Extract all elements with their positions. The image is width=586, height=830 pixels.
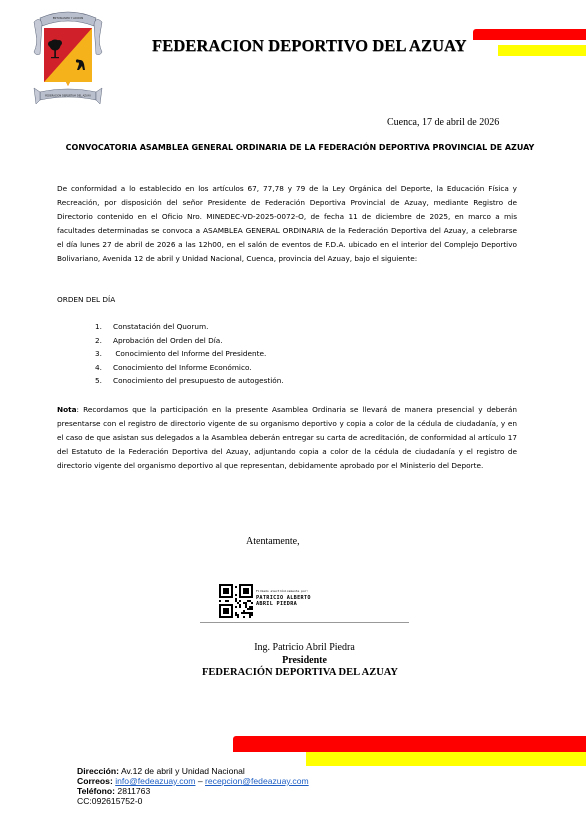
email-recepcion-link[interactable]: recepcion@fedeazuay.com bbox=[205, 776, 309, 786]
agenda-item: 3. Conocimiento del Informe del Presiden… bbox=[95, 347, 284, 361]
emails-label: Correos: bbox=[77, 776, 113, 786]
agenda-heading: ORDEN DEL DÍA bbox=[57, 295, 115, 304]
signature-line bbox=[200, 622, 409, 623]
note-text: : Recordamos que la participación en la … bbox=[57, 405, 517, 470]
footer-emails: Correos: info@fedeazuay.com – recepcion@… bbox=[77, 776, 309, 786]
e-sign-caption: Firmado electrónicamente por: bbox=[256, 589, 311, 593]
agenda-item: 4.Conocimiento del Informe Económico. bbox=[95, 361, 284, 375]
agenda-item-text: Conocimiento del Informe del Presidente. bbox=[113, 347, 266, 361]
signer-org: FEDERACIÓN DEPORTIVA DEL AZUAY bbox=[150, 667, 450, 678]
agenda-item-text: Conocimiento del presupuesto de autogest… bbox=[113, 374, 284, 388]
convocation-paragraph: De conformidad a lo establecido en los a… bbox=[57, 182, 517, 267]
agenda-list: 1.Constatación del Quorum. 2.Aprobación … bbox=[95, 320, 284, 388]
note-paragraph: Nota: Recordamos que la participación en… bbox=[57, 403, 517, 473]
footer-red-bar bbox=[233, 736, 586, 752]
closing: Atentamente, bbox=[246, 536, 300, 547]
address-label: Dirección: bbox=[77, 766, 119, 776]
letter-subject: CONVOCATORIA ASAMBLEA GENERAL ORDINARIA … bbox=[60, 141, 540, 155]
agenda-item-number: 1. bbox=[95, 320, 113, 334]
e-sign-name-line2: ABRIL PIEDRA bbox=[256, 602, 311, 608]
footer-yellow-bar bbox=[306, 752, 586, 766]
agenda-item-text: Aprobación del Orden del Día. bbox=[113, 334, 223, 348]
svg-text:FEDERACION DEPORTIVA DEL AZUAY: FEDERACION DEPORTIVA DEL AZUAY bbox=[45, 94, 91, 98]
email-info-link[interactable]: info@fedeazuay.com bbox=[115, 776, 195, 786]
svg-text:ENTUSIASMO Y ACCION: ENTUSIASMO Y ACCION bbox=[53, 16, 84, 20]
signer-role: Presidente bbox=[200, 655, 409, 666]
agenda-item-number: 5. bbox=[95, 374, 113, 388]
agenda-item-number: 4. bbox=[95, 361, 113, 375]
date-line: Cuenca, 17 de abril de 2026 bbox=[387, 117, 499, 128]
header-yellow-bar bbox=[498, 45, 586, 56]
footer-cc: CC:092615752-0 bbox=[77, 796, 309, 806]
org-title: FEDERACION DEPORTIVO DEL AZUAY bbox=[152, 36, 467, 56]
agenda-item-number: 3. bbox=[95, 347, 113, 361]
qr-code-icon bbox=[219, 584, 253, 618]
phone-value: 2811763 bbox=[115, 786, 150, 796]
footer-contact: Dirección: Av.12 de abril y Unidad Nacio… bbox=[77, 766, 309, 806]
note-label: Nota bbox=[57, 405, 77, 414]
agenda-item-number: 2. bbox=[95, 334, 113, 348]
electronic-signature: Firmado electrónicamente por: PATRICIO A… bbox=[256, 589, 311, 607]
agenda-item-text: Conocimiento del Informe Económico. bbox=[113, 361, 252, 375]
federation-crest-icon: ENTUSIASMO Y ACCION FEDERACION DEPORTIVA… bbox=[30, 4, 106, 108]
address-value: Av.12 de abril y Unidad Nacional bbox=[119, 766, 245, 776]
agenda-item: 2.Aprobación del Orden del Día. bbox=[95, 334, 284, 348]
footer-phone: Teléfono: 2811763 bbox=[77, 786, 309, 796]
agenda-item: 5.Conocimiento del presupuesto de autoge… bbox=[95, 374, 284, 388]
agenda-item-text: Constatación del Quorum. bbox=[113, 320, 208, 334]
phone-label: Teléfono: bbox=[77, 786, 115, 796]
header-red-bar bbox=[473, 29, 586, 40]
agenda-item: 1.Constatación del Quorum. bbox=[95, 320, 284, 334]
footer-address: Dirección: Av.12 de abril y Unidad Nacio… bbox=[77, 766, 309, 776]
email-separator: – bbox=[195, 776, 205, 786]
signer-name: Ing. Patricio Abril Piedra bbox=[200, 642, 409, 653]
